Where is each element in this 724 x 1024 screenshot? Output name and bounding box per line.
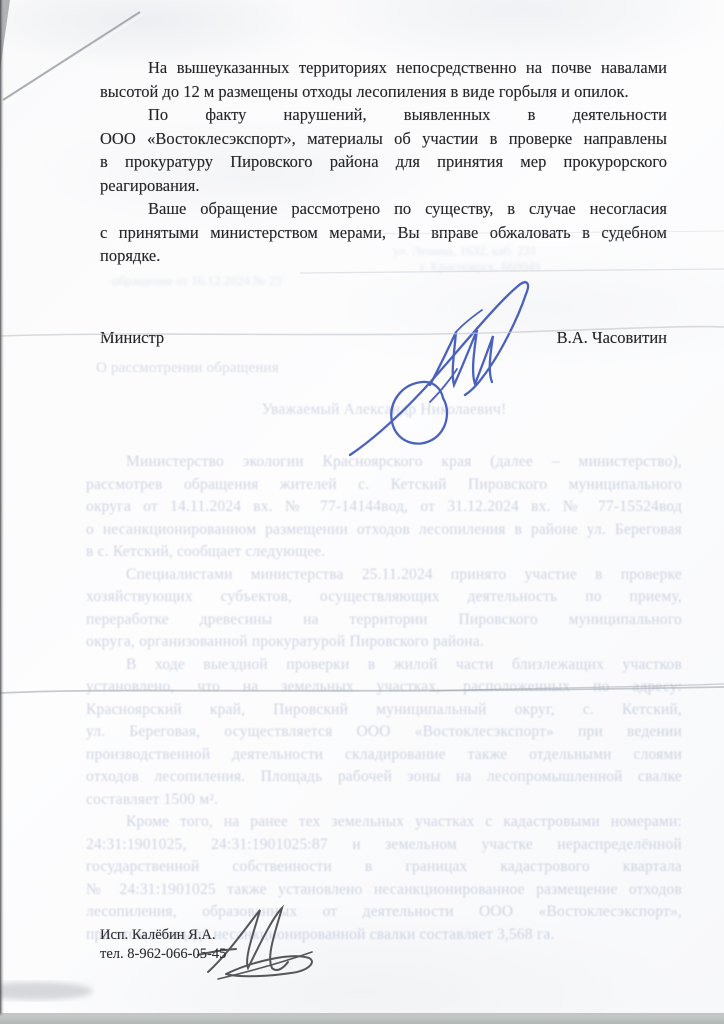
letter-line: с принятыми министерством мерами, Вы впр…	[100, 221, 667, 245]
executor-phone: тел. 8-962-066-05-45	[100, 945, 226, 964]
bleed-line: 24:31:1901025, 24:31:1901025:87 и земель…	[86, 834, 682, 857]
bleed-line: округа от 14.11.2024 вх. № 77-14144вод, …	[86, 496, 682, 519]
letter-line: На вышеуказанных территориях непосредств…	[100, 56, 667, 80]
bleed-line: рассмотрев обращения жителей с. Кетский …	[86, 474, 682, 497]
scanned-letter-page: { "colors": { "paper": "#fbfbfc", "ink":…	[0, 0, 724, 1024]
bleed-line: переработке древесины на территории Пиро…	[86, 609, 682, 632]
bleed-line: Кроме того, на ранее тех земельных участ…	[86, 811, 682, 834]
bleed-line: установлено, что на земельных участках, …	[86, 676, 682, 699]
signoff-name: В.А. Часовитин	[557, 328, 667, 348]
executor-block: Исп. Калёбин Я.А. тел. 8-962-066-05-45	[100, 926, 226, 964]
bleed-line: лесопиления, образованных от деятельност…	[86, 901, 682, 924]
signoff-title: Министр	[100, 328, 164, 348]
bleed-line: в с. Кетский, сообщает следующее.	[86, 541, 682, 564]
bleed-line: Красноярский край, Пировский муниципальн…	[86, 699, 682, 722]
bleed-salutation: Уважаемый Александр Николаевич!	[86, 401, 682, 419]
bleed-line: хозяйствующих субъектов, осуществляющих …	[86, 586, 682, 609]
letter-line: Ваше обращение рассмотрено по существу, …	[100, 197, 667, 221]
executor-name: Исп. Калёбин Я.А.	[100, 926, 226, 945]
bleed-line: № 24:31:1901025 также установлено несанк…	[86, 879, 682, 902]
letter-line: порядке.	[100, 244, 667, 268]
letter-line: реагирования.	[100, 174, 667, 198]
bleed-body-text: Министерство экологии Красноярского края…	[86, 451, 682, 946]
bleed-line: округа, организованной прокуратурой Пиро…	[86, 631, 682, 654]
bleed-line: отходов лесопиления. Площадь рабочей зон…	[86, 766, 682, 789]
letter-line: в прокуратуру Пировского района для прин…	[100, 150, 667, 174]
bleed-line: государственной собственности в границах…	[86, 856, 682, 879]
scan-edge-bottom	[0, 1013, 724, 1024]
letter-line: высотой до 12 м размещены отходы лесопил…	[100, 80, 667, 104]
scan-edge-left	[0, 0, 4, 1024]
letter-body: На вышеуказанных территориях непосредств…	[100, 56, 667, 268]
bleed-line: Министерство экологии Красноярского края…	[86, 451, 682, 474]
letter-line: По факту нарушений, выявленных в деятель…	[100, 103, 667, 127]
bleed-line: о несанкционированном размещении отходов…	[86, 519, 682, 542]
bleed-line: ул. Береговая, осуществляется ООО «Восто…	[86, 721, 682, 744]
signoff-row: Министр В.А. Часовитин	[100, 328, 667, 348]
bleed-line: составляет 1500 м².	[86, 789, 682, 812]
bleed-line: производственной деятельности складирова…	[86, 744, 682, 767]
bleed-line: В ходе выездной проверки в жилой части б…	[86, 654, 682, 677]
letter-line: ООО «Востоклесэкспорт», материалы об уча…	[100, 127, 667, 151]
bleed-heading: О рассмотрении обращения	[96, 360, 279, 377]
bleed-fragment: обращение от 16.12.2024 № 23	[112, 273, 282, 289]
bleed-line: Специалистами министерства 25.11.2024 пр…	[86, 564, 682, 587]
